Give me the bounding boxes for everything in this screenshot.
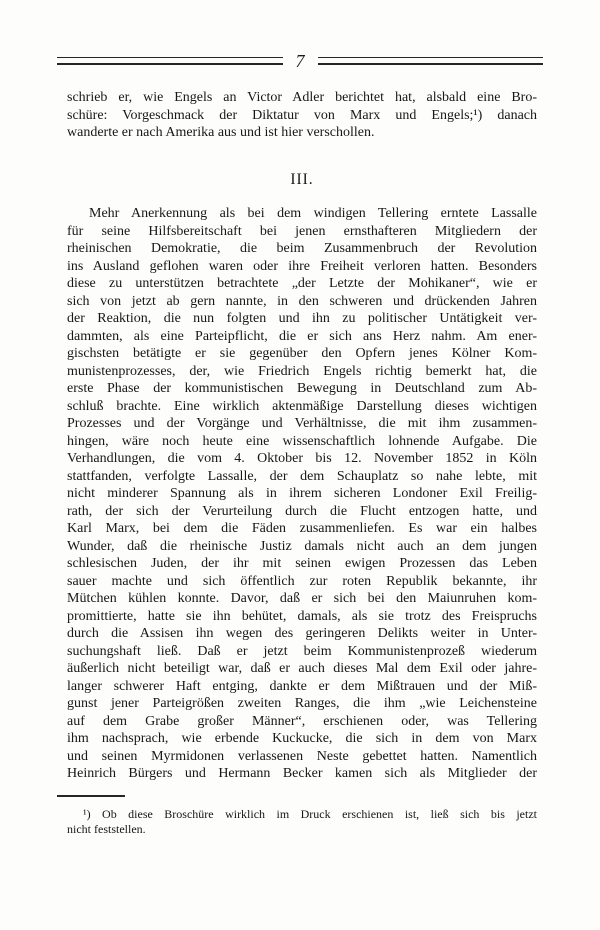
text-line: Wunder, daß die rheinische Justiz damals… xyxy=(67,538,537,556)
text-line: Verhandlungen, die vom 4. Oktober bis 12… xyxy=(67,450,537,468)
text-line: ihm nachsprach, wie erbende Kuckucke, di… xyxy=(67,730,537,748)
header-rule-right xyxy=(318,57,544,65)
text-line: schüre: Vorgeschmack der Diktatur von Ma… xyxy=(67,107,537,125)
text-line: schrieb er, wie Engels an Victor Adler b… xyxy=(67,89,537,107)
text-line: äußerlich nicht beteiligt war, daß er au… xyxy=(67,660,537,678)
text-line: schluß brachte. Eine wirklich aktenmäßig… xyxy=(67,398,537,416)
text-line: munistenprozesses, der, wie Friedrich En… xyxy=(67,363,537,381)
text-line: nicht feststellen. xyxy=(67,822,537,837)
text-line: schlesischen Juden, der ihr mit seinen e… xyxy=(67,555,537,573)
section-heading: III. xyxy=(67,171,537,189)
text-line: ¹) Ob diese Broschüre wirklich im Druck … xyxy=(67,807,537,822)
text-line: Karl Marx, bei dem die Fäden zusammenlie… xyxy=(67,520,537,538)
text-line: nicht minderer Spannung als in ihrem sic… xyxy=(67,485,537,503)
text-line: sich von jetzt ab gern nannte, in den sc… xyxy=(67,293,537,311)
text-line: ins Ausland geflohen waren oder ihre Fre… xyxy=(67,258,537,276)
text-line: rath, der sich der Verurteilung durch di… xyxy=(67,503,537,521)
text-line: sauer machte und sich öffentlich zur rot… xyxy=(67,573,537,591)
text-line: der Reaktion, die nun folgten und ihn zu… xyxy=(67,310,537,328)
text-line: hingen, wäre noch heute eine wissenschaf… xyxy=(67,433,537,451)
text-line: diese zu unterstützen betrachtete „der L… xyxy=(67,275,537,293)
text-line: wanderte er nach Amerika aus und ist hie… xyxy=(67,124,537,142)
text-line: erste Phase der kommunistischen Bewegung… xyxy=(67,380,537,398)
text-line: stattfanden, verfolgte Lassalle, der dem… xyxy=(67,468,537,486)
text-line: durch die Assisen ihn wegen des geringer… xyxy=(67,625,537,643)
book-page: 7 schrieb er, wie Engels an Victor Adler… xyxy=(0,0,600,930)
text-line: dammten, als eine Parteipflicht, die er … xyxy=(67,328,537,346)
text-line: auf dem Grabe großer Männer“, erschienen… xyxy=(67,713,537,731)
text-line: und seinen Myrmidonen verlassenen Neste … xyxy=(67,748,537,766)
text-line: Mütchen kühlen konnte. Davor, daß er sic… xyxy=(67,590,537,608)
paragraph-main: Mehr Anerkennung als bei dem windigen Te… xyxy=(67,205,537,783)
text-line: suchungshaft ließ. Daß er jetzt beim Kom… xyxy=(67,643,537,661)
paragraph-intro: schrieb er, wie Engels an Victor Adler b… xyxy=(67,89,537,142)
text-line: Mehr Anerkennung als bei dem windigen Te… xyxy=(67,205,537,223)
text-line: für seine Hilfsbereitschaft bei jenen er… xyxy=(67,223,537,241)
text-line: Heinrich Bürgers und Hermann Becker kame… xyxy=(67,765,537,783)
text-line: rheinischen Demokratie, die beim Zusamme… xyxy=(67,240,537,258)
page-number: 7 xyxy=(283,50,318,73)
footnote-separator-rule xyxy=(57,795,125,797)
page-header: 7 xyxy=(57,50,543,73)
text-line: gunst jener Parteigrößen zweiten Ranges,… xyxy=(67,695,537,713)
text-line: langer schwerer Haft entging, dankte er … xyxy=(67,678,537,696)
text-line: promittierte, hatte sie ihn behütet, dam… xyxy=(67,608,537,626)
footnote: ¹) Ob diese Broschüre wirklich im Druck … xyxy=(67,807,537,837)
text-line: Prozesses und der Vorgänge und Verhältni… xyxy=(67,415,537,433)
text-line: gischsten betätigte er sie gegenüber den… xyxy=(67,345,537,363)
header-rule-left xyxy=(57,57,283,65)
